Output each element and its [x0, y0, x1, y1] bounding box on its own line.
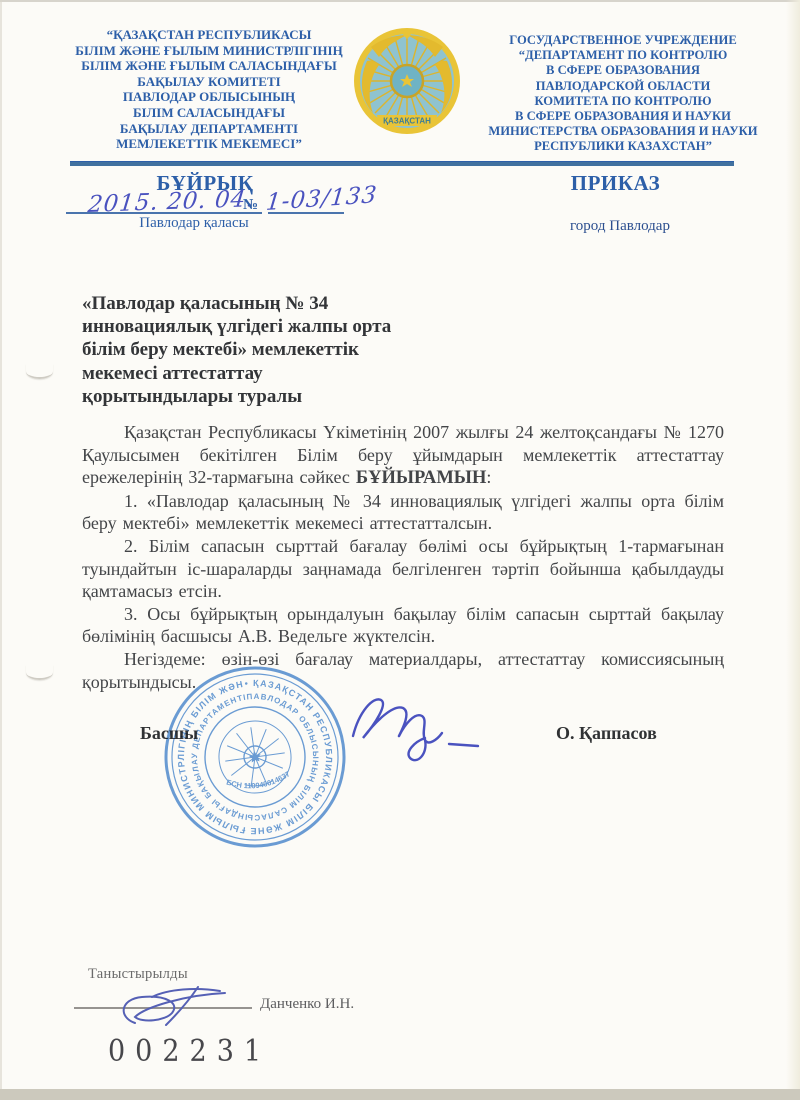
acknowledged-signature	[100, 975, 280, 1035]
place-russian: город Павлодар	[540, 218, 700, 235]
order-item-2: 2. Білім сапасын сырттай бағалау бөлімі …	[82, 535, 724, 603]
order-item-3: 3. Осы бұйрықтың орындалуын бақылау білі…	[82, 603, 724, 648]
order-item-1: 1. «Павлодар қаласының № 34 инновациялық…	[82, 490, 724, 535]
org-name-kazakh: “ҚАЗАҚСТАН РЕСПУБЛИКАСЫ БІЛІМ ЖӘНЕ ҒЫЛЫМ…	[56, 27, 362, 152]
header-divider-line	[70, 161, 734, 166]
acknowledged-name: Данченко И.Н.	[260, 996, 354, 1013]
preamble-colon: :	[486, 467, 491, 487]
number-underline	[268, 212, 344, 214]
emblem-caption: ҚАЗАҚСТАН	[383, 117, 431, 126]
order-verb: БҰЙЫРАМЫН	[356, 468, 486, 488]
org-name-russian: ГОСУДАРСТВЕННОЕ УЧРЕЖДЕНИЕ “ДЕПАРТАМЕНТ …	[458, 33, 788, 155]
order-title-russian: ПРИКАЗ	[488, 171, 743, 196]
order-body: Қазақстан Республикасы Үкіметінің 2007 ж…	[82, 421, 724, 693]
preamble-paragraph: Қазақстан Республикасы Үкіметінің 2007 ж…	[82, 421, 724, 490]
kazakhstan-coat-of-arms: ҚАЗАҚСТАН	[351, 27, 463, 139]
signer-name: О. Қаппасов	[556, 723, 657, 744]
scanned-order-document: “ҚАЗАҚСТАН РЕСПУБЛИКАСЫ БІЛІМ ЖӘНЕ ҒЫЛЫМ…	[0, 0, 800, 1100]
director-signature	[315, 672, 495, 772]
form-serial-number: 002231	[108, 1034, 271, 1069]
scan-edge-bottom	[0, 1089, 800, 1100]
order-subject: «Павлодар қаласының № 34 инновациялық үл…	[82, 292, 442, 408]
scan-edge-top	[0, 0, 800, 2]
punch-hole-shadow	[26, 364, 53, 379]
place-kazakh: Павлодар қаласы	[94, 215, 294, 232]
punch-hole-shadow	[26, 665, 53, 680]
date-underline	[66, 212, 262, 214]
scan-edge-left	[0, 0, 2, 1100]
scan-edge-right	[786, 0, 800, 1100]
